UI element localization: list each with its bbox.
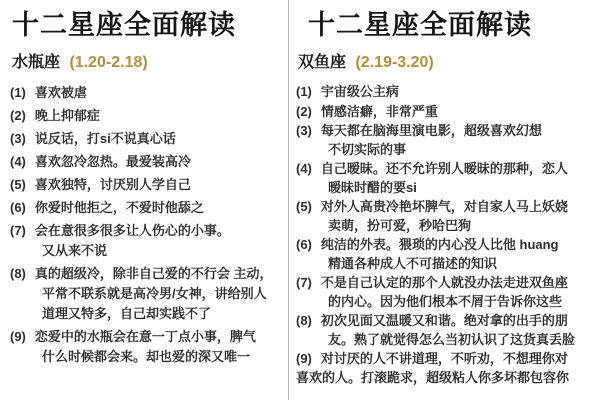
item-text: 你爱时他拒之，不爱时他舔之: [35, 200, 204, 215]
item-number: (1): [296, 84, 312, 99]
trait-item: (6)你爱时他拒之，不爱时他舔之: [10, 198, 282, 218]
trait-item: (2)情感洁癖，非常严重: [296, 103, 596, 122]
item-text: 喜欢忽冷忽热。最爱装高冷: [35, 154, 191, 169]
pisces-column: 十二星座全面解读 双鱼座 (2.19-3.20) (1)宇宙级公主病(2)情感洁…: [288, 0, 600, 400]
sign-dates-aquarius: (1.20-2.18): [69, 54, 147, 71]
item-number: (8): [10, 266, 26, 281]
aquarius-column: 十二星座全面解读 水瓶座 (1.20-2.18) (1)喜欢被虐(2)晚上抑郁症…: [0, 0, 288, 400]
zodiac-infographic: 十二星座全面解读 水瓶座 (1.20-2.18) (1)喜欢被虐(2)晚上抑郁症…: [0, 0, 600, 400]
item-text: 纯洁的外表。猥琐的内心没人比他 huang精通各种成人不可描述的知识: [321, 237, 559, 271]
item-text: 对外人高贵冷艳坏脾气，对自家人马上妖娆卖萌，扮可爱，秒哈巴狗: [321, 199, 568, 233]
item-number: (4): [296, 161, 312, 176]
item-number: (9): [10, 329, 26, 344]
item-number: (5): [10, 177, 26, 192]
item-number: (9): [296, 351, 312, 366]
trait-item: (2)晚上抑郁症: [10, 106, 282, 126]
item-number: (5): [296, 199, 312, 214]
item-number: (4): [10, 154, 26, 169]
item-text: 对讨厌的人不讲道理，不听劝，不想理你对喜欢的人。打滚跪求，超级粘人你多坏都包容你: [296, 351, 569, 385]
item-text: 不是自己认定的那个人就没办法走进双鱼座的内心。因为他们根本不屑于告诉你这些: [321, 275, 568, 309]
item-number: (8): [296, 313, 312, 328]
trait-item: (3)说反话，打si不说真心话: [10, 129, 282, 149]
column-title-left: 十二星座全面解读: [12, 10, 282, 40]
sign-dates-pisces: (2.19-3.20): [355, 54, 433, 71]
sign-header-pisces: 双鱼座 (2.19-3.20): [298, 49, 596, 72]
trait-item: (5)对外人高贵冷艳坏脾气，对自家人马上妖娆卖萌，扮可爱，秒哈巴狗: [296, 198, 596, 235]
item-text: 恋爱中的水瓶会在意一丁点小事，脾气什么时候都会来。却也爱的深又唯一: [35, 329, 256, 364]
item-number: (7): [10, 223, 26, 238]
item-number: (1): [10, 85, 26, 100]
trait-item: (8)初次见面又温暖又和谐。绝对拿的出手的朋友。熟了就觉得怎么当初认识了这货真丢…: [296, 312, 596, 349]
item-text: 真的超级冷，除非自己爱的不行会 主动，平常不联系就是高冷男/女神，讲给别人道理又…: [35, 266, 273, 321]
item-number: (6): [10, 200, 26, 215]
sign-name-aquarius: 水瓶座: [12, 54, 60, 71]
item-text: 说反话，打si不说真心话: [35, 131, 176, 146]
trait-item: (8)真的超级冷，除非自己爱的不行会 主动，平常不联系就是高冷男/女神，讲给别人…: [10, 264, 282, 324]
item-text: 情感洁癖，非常严重: [321, 104, 438, 119]
item-text: 每天都在脑海里演电影，超级喜欢幻想不切实际的事: [321, 123, 542, 157]
sign-header-aquarius: 水瓶座 (1.20-2.18): [12, 49, 282, 72]
item-text: 宇宙级公主病: [321, 84, 399, 99]
column-title-right: 十二星座全面解读: [308, 10, 596, 40]
item-number: (2): [296, 104, 312, 119]
item-text: 初次见面又温暖又和谐。绝对拿的出手的朋友。熟了就觉得怎么当初认识了这货真丢脸: [321, 313, 575, 347]
trait-item: (1)喜欢被虐: [10, 83, 282, 103]
item-text: 自己暧昧。还不允许别人暧昧的那种，恋人暧昧时醋的要si: [321, 161, 568, 195]
item-text: 晚上抑郁症: [35, 108, 100, 123]
trait-item: (7)不是自己认定的那个人就没办法走进双鱼座的内心。因为他们根本不屑于告诉你这些: [296, 274, 596, 311]
trait-item: (4)喜欢忽冷忽热。最爱装高冷: [10, 152, 282, 172]
trait-item: (7)会在意很多很多让人伤心的小事。又从来不说: [10, 221, 282, 261]
item-text: 喜欢被虐: [35, 85, 87, 100]
trait-item: (9)恋爱中的水瓶会在意一丁点小事，脾气什么时候都会来。却也爱的深又唯一: [10, 327, 282, 367]
item-number: (6): [296, 237, 312, 252]
trait-list-pisces: (1)宇宙级公主病(2)情感洁癖，非常严重(3)每天都在脑海里演电影，超级喜欢幻…: [296, 83, 596, 387]
trait-item: (5)喜欢独特，讨厌别人学自己: [10, 175, 282, 195]
trait-item: (3)每天都在脑海里演电影，超级喜欢幻想不切实际的事: [296, 122, 596, 159]
trait-item: (1)宇宙级公主病: [296, 83, 596, 102]
item-text: 会在意很多很多让人伤心的小事。又从来不说: [35, 223, 230, 258]
item-number: (7): [296, 275, 312, 290]
trait-item: (6)纯洁的外表。猥琐的内心没人比他 huang精通各种成人不可描述的知识: [296, 236, 596, 273]
sign-name-pisces: 双鱼座: [298, 54, 346, 71]
item-number: (3): [10, 131, 26, 146]
item-number: (3): [296, 123, 312, 138]
item-number: (2): [10, 108, 26, 123]
item-text: 喜欢独特，讨厌别人学自己: [35, 177, 191, 192]
trait-item: (9)对讨厌的人不讲道理，不听劝，不想理你对喜欢的人。打滚跪求，超级粘人你多坏都…: [296, 350, 596, 387]
trait-item: (4)自己暧昧。还不允许别人暧昧的那种，恋人暧昧时醋的要si: [296, 160, 596, 197]
trait-list-aquarius: (1)喜欢被虐(2)晚上抑郁症(3)说反话，打si不说真心话(4)喜欢忽冷忽热。…: [10, 83, 282, 367]
